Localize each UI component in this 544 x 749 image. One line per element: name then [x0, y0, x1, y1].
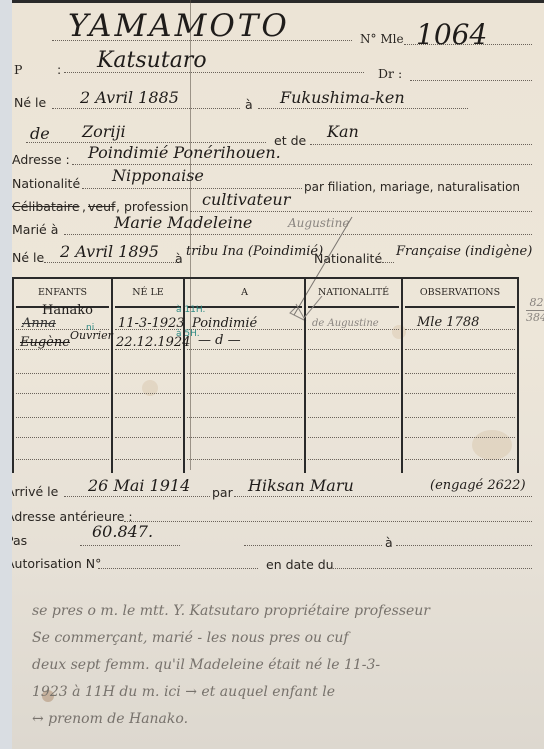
check-mark-icon [294, 296, 324, 322]
header-observations: OBSERVATIONS [403, 287, 517, 298]
child-born-note: à 11H. [176, 305, 205, 315]
row-dotted-line [115, 417, 181, 418]
margin-note: 82 384 [526, 296, 544, 325]
row-dotted-line [405, 459, 515, 460]
born-at-label: à [245, 97, 253, 112]
child-born-note: à 5H. [176, 329, 200, 339]
row-dotted-line [187, 349, 302, 350]
authorization-label: Autorisation N° [12, 556, 101, 571]
passport-label: Pas [12, 533, 27, 548]
status-veuf: veuf [88, 199, 115, 214]
spouse-nationality: Française (indigène) [396, 244, 532, 259]
row-dotted-line [16, 393, 109, 394]
margin-note-top: 82 [526, 296, 544, 310]
spouse-born-label: Né le [12, 250, 44, 265]
prenom-value: Katsutaro [97, 48, 207, 73]
profession-value: cultivateur [202, 190, 290, 209]
matricule-label: N° Mle [360, 32, 404, 46]
child-name-struck: Anna [22, 316, 56, 331]
pencil-note-line: deux sept femm. qu'il Madeleine était né… [32, 652, 430, 679]
row-dotted-line [16, 373, 109, 374]
spouse-born-at-label: à [175, 251, 183, 266]
spouse-name: Marie Madeleine [114, 213, 252, 232]
nationality-value: Nipponaise [112, 166, 204, 185]
child-name-struck: Eugène [20, 335, 70, 350]
pencil-notes: se pres o m. le mtt. Y. Katsutaro propri… [32, 598, 430, 733]
prenom-label: P [14, 62, 22, 77]
father-name: Zoriji [82, 122, 126, 141]
top-border [12, 0, 544, 3]
born-date: 2 Avril 1885 [80, 88, 179, 107]
child-place: — d — [198, 333, 241, 348]
row-dotted-line [115, 459, 181, 460]
child-name: Hanako [42, 303, 93, 318]
address-label: Adresse : [12, 152, 70, 167]
nationality-suffix: par filiation, mariage, naturalisation [304, 180, 520, 194]
registration-card: YAMAMOTO N° Mle 1064 P : Katsutaro Dr : … [12, 0, 544, 749]
row-dotted-line [405, 393, 515, 394]
profession-label: profession [124, 199, 189, 214]
row-dotted-line [405, 437, 515, 438]
comma: , [116, 199, 120, 214]
born-label: Né le [14, 95, 46, 110]
status-celibataire: Célibataire [12, 199, 80, 214]
row-dotted-line [187, 393, 302, 394]
row-dotted-line [308, 437, 399, 438]
comma: , [82, 199, 86, 214]
children-table: ENFANTS NÉ LE A NATIONALITÉ OBSERVATIONS… [12, 277, 519, 473]
row-dotted-line [187, 373, 302, 374]
child-observations: Mle 1788 [417, 315, 479, 330]
row-dotted-line [405, 349, 515, 350]
arrived-label: Arrivé le [12, 484, 58, 499]
date-label: en date du [266, 557, 334, 572]
row-dotted-line [16, 417, 109, 418]
married-label: Marié à [12, 222, 58, 237]
dr-label: Dr : [378, 66, 402, 81]
row-dotted-line [405, 417, 515, 418]
address-value: Poindimié Ponérihouen. [88, 143, 281, 162]
pencil-note-line: 1923 à 11H du m. ici → et auquel enfant … [32, 679, 430, 706]
header-a: A [185, 287, 304, 298]
row-dotted-line [308, 417, 399, 418]
child-name-note: ni [86, 323, 94, 333]
convoy-note: (engagé 2622) [430, 478, 526, 493]
nationality-label: Nationalité [12, 176, 80, 191]
child-born: 11-3-1923 [118, 316, 185, 331]
row-dotted-line [16, 459, 109, 460]
header-enfants: ENFANTS [14, 287, 111, 298]
ship-name: Hiksan Maru [248, 476, 354, 495]
born-place: Fukushima-ken [280, 88, 405, 107]
colon: : [57, 62, 61, 77]
child-place: Poindimié [192, 316, 257, 331]
passport-value: 60.847. [92, 522, 153, 541]
margin-note-bottom: 384 [526, 310, 544, 325]
row-dotted-line [308, 329, 399, 330]
by-label: par [212, 485, 233, 500]
row-dotted-line [308, 393, 399, 394]
pencil-note-line: Se commerçant, marié - les nous pres ou … [32, 625, 430, 652]
row-dotted-line [187, 437, 302, 438]
father-prefix: de [30, 124, 50, 143]
matricule-number: 1064 [416, 18, 487, 51]
mother-name: Kan [327, 122, 359, 141]
pencil-note-line: se pres o m. le mtt. Y. Katsutaro propri… [32, 598, 430, 625]
spouse-born-date: 2 Avril 1895 [60, 242, 159, 261]
arrived-date: 26 Mai 1914 [88, 476, 190, 495]
surname: YAMAMOTO [68, 8, 290, 44]
row-dotted-line [16, 437, 109, 438]
row-dotted-line [308, 373, 399, 374]
passport-at-label: à [385, 535, 393, 550]
row-dotted-line [115, 437, 181, 438]
row-dotted-line [308, 349, 399, 350]
row-dotted-line [187, 417, 302, 418]
row-dotted-line [187, 459, 302, 460]
row-dotted-line [115, 373, 181, 374]
header-ne-le: NÉ LE [113, 287, 183, 298]
pencil-note-line: ↔ prenom de Hanako. [32, 706, 430, 733]
row-dotted-line [308, 459, 399, 460]
row-dotted-line [115, 393, 181, 394]
row-dotted-line [405, 373, 515, 374]
